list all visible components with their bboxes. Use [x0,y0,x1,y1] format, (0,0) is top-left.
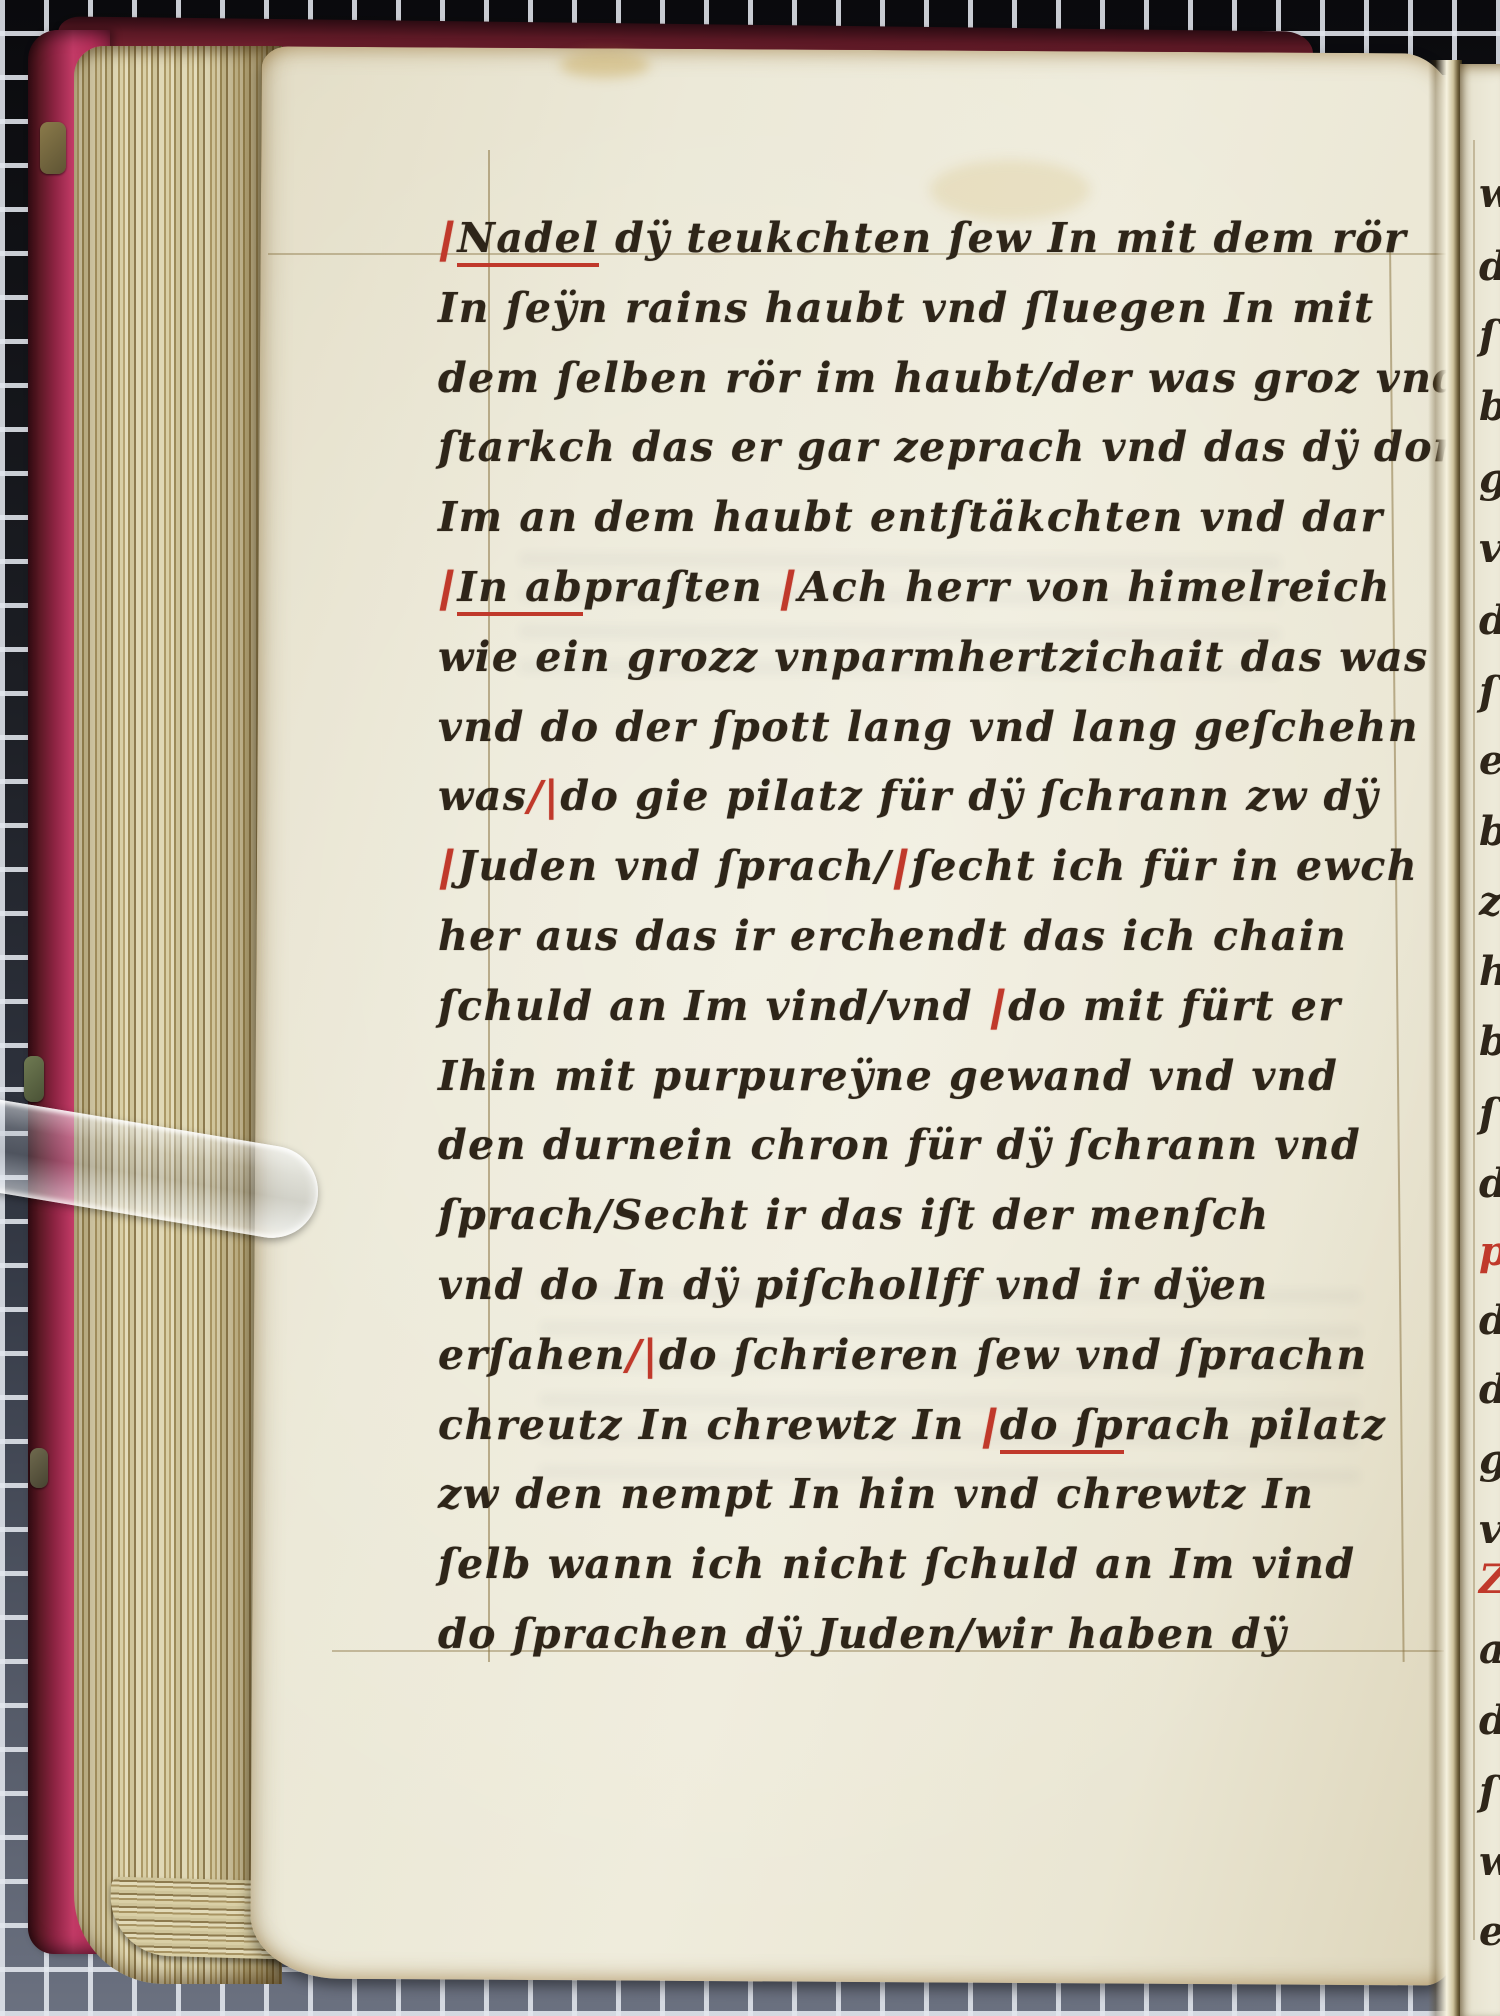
facing-page-letter-fragment: Zu [1479,1556,1500,1603]
manuscript-line: Ihin mit purpureÿne gewand vnd vnd [438,1042,1438,1112]
manuscript-line: Im an dem haubt entſtäkchten vnd dar [438,483,1438,553]
facing-page-letter-fragment: v [1479,1506,1500,1553]
manuscript-line: ſchuld an Im vind/vnd |do mit fürt er [438,972,1438,1042]
ink-text: was [438,772,527,820]
clasp-remnant [40,122,66,174]
facing-page-letter-fragment: d [1479,1697,1500,1744]
facing-page-letter-fragment: b [1479,383,1500,430]
ink-text: / [958,1610,974,1658]
facing-page-letter-fragment: z [1479,878,1500,925]
facing-page-letter-fragment: b [1479,1018,1500,1065]
ink-text: Secht ir das iſt der menſch [613,1191,1270,1239]
manuscript-line: her aus das ir erchendt das ich chain [438,902,1438,972]
ink-text: rach pilatz [1124,1401,1386,1449]
ink-text: Ach herr von himelreich [798,563,1390,611]
manuscript-line: chreutz In chrewtz In |do ſprach pilatz [438,1391,1438,1461]
ink-text: ſprach [438,1191,596,1239]
facing-page-letter-fragment: p [1479,1228,1500,1275]
manuscript-line: ſprach/Secht ir das iſt der menſch [438,1181,1438,1251]
facing-page-letter-fragment: d [1479,1160,1500,1207]
manuscript-line: |Nadel dÿ teukchten ſew In mit dem rör [438,204,1438,274]
manuscript-line: wie ein grozz vnparmhertzichait das was [438,623,1438,693]
clasp-remnant [24,1056,44,1102]
rubric-mark: /| [527,772,560,820]
ink-text: do mit fürt er [1008,982,1341,1030]
ink-text: dem ſelben rör im haubt [438,354,1035,402]
manuscript-line: do ſprachen dÿ Juden/wir haben dÿ [438,1600,1438,1670]
manuscript-line: dem ſelben rör im haubt/der was groz vnd [438,344,1438,414]
parchment-stain [560,52,650,78]
facing-page-ruling-line [1473,140,1475,1940]
facing-page-letter-fragment: ſ [1479,668,1497,715]
rubric-mark: /| [626,1331,659,1379]
ink-text: chreutz In chrewtz In [438,1401,981,1449]
ink-text: do ſp [1000,1401,1124,1454]
ink-text: Juden vnd ſprach [457,842,875,890]
book-gutter [1428,60,1462,2016]
ink-text: / [870,982,886,1030]
ink-text: vnd [886,982,989,1030]
facing-page-letter-fragment: w [1479,170,1500,217]
ink-text: do ſchrieren ſew vnd ſprachn [659,1331,1368,1379]
clasp-remnant [30,1448,48,1488]
ink-text: zw den nempt In hin vnd chrewtz In [438,1470,1314,1518]
ink-text: / [1035,354,1051,402]
ink-text: wir haben dÿ [975,1610,1287,1658]
page-block-fore-edge [74,46,282,1984]
ink-text: Im an dem haubt entſtäkchten vnd dar [438,493,1384,541]
ink-text: ſecht ich für in ewch [911,842,1418,890]
ink-text: ſtarkch das er gar zeprach vnd das dÿ do… [438,423,1500,471]
manuscript-line: vnd do In dÿ piſchollff vnd ir dÿen [438,1251,1438,1321]
manuscript-line: ſelb wann ich nicht ſchuld an Im vind [438,1530,1438,1600]
ink-text: Nadel [457,214,599,267]
manuscript-line: was/|do gie pilatz für dÿ ſchrann zw dÿ [438,762,1438,832]
ink-text: den durnein chron für dÿ ſchrann vnd [438,1121,1361,1169]
facing-page-letter-fragment: h [1479,948,1500,995]
facing-page-letter-fragment: a [1479,1626,1500,1673]
ink-text: praſten [583,563,779,611]
ink-text: her aus das ir erchendt das ich chain [438,912,1347,960]
ink-text: ſchuld an Im vind [438,982,870,1030]
ink-text: do ſprachen dÿ Juden [438,1610,958,1658]
facing-page-letter-fragment: ſ [1479,312,1497,359]
manuscript-line: |Juden vnd ſprach/|ſecht ich für in ewch [438,832,1438,902]
manuscript-text-block: |Nadel dÿ teukchten ſew In mit dem rörIn… [438,204,1438,1670]
manuscript-line: ſtarkch das er gar zeprach vnd das dÿ do… [438,413,1438,483]
manuscript-line: den durnein chron für dÿ ſchrann vnd [438,1111,1438,1181]
photo-stage: |Nadel dÿ teukchten ſew In mit dem rörIn… [0,0,1500,2016]
ink-text: dÿ teukchten ſew In mit dem rör [599,214,1407,262]
ink-text: / [596,1191,612,1239]
facing-page-letter-fragment: d [1479,1297,1500,1344]
facing-page-letter-fragment: ſ [1479,1090,1497,1137]
facing-page-letter-fragment: e [1479,1908,1500,1955]
ink-text: Ihin mit purpureÿne gewand vnd vnd [438,1052,1338,1100]
facing-page-letter-fragment: v [1479,525,1500,572]
facing-page-letter-fragment: w [1479,1838,1500,1885]
facing-page-letter-fragment: e [1479,737,1500,784]
ink-text: In ab [457,563,583,616]
ink-text: do gie pilatz für dÿ ſchrann zw dÿ [560,772,1379,820]
manuscript-line: vnd do der ſpott lang vnd lang geſchehn [438,693,1438,763]
ink-text: wie ein grozz vnparmhertzichait das was [438,633,1429,681]
manuscript-line: erſahen/|do ſchrieren ſew vnd ſprachn [438,1321,1438,1391]
ink-text: der was groz vnd [1051,354,1462,402]
ink-text: In ſeÿn rains haubt vnd ſluegen In mit [438,284,1375,332]
facing-page-letter-fragment: d [1479,1366,1500,1413]
facing-page-letter-fragment: g [1479,1436,1500,1483]
manuscript-line: In ſeÿn rains haubt vnd ſluegen In mit [438,274,1438,344]
facing-page-letter-fragment: d [1479,243,1500,290]
facing-page-letter-fragment: d [1479,597,1500,644]
ink-text: vnd do In dÿ piſchollff vnd ir dÿen [438,1261,1269,1309]
manuscript-line: |In abpraſten |Ach herr von himelreich [438,553,1438,623]
facing-page-letter-fragment: g [1479,455,1500,502]
ink-text: erſahen [438,1331,626,1379]
manuscript-line: zw den nempt In hin vnd chrewtz In [438,1460,1438,1530]
facing-page-letter-fragment: b [1479,808,1500,855]
ink-text: ſelb wann ich nicht ſchuld an Im vind [438,1540,1356,1588]
facing-page-letter-fragment: ſ [1479,1768,1497,1815]
ink-text: vnd do der ſpott lang vnd lang geſchehn [438,703,1419,751]
